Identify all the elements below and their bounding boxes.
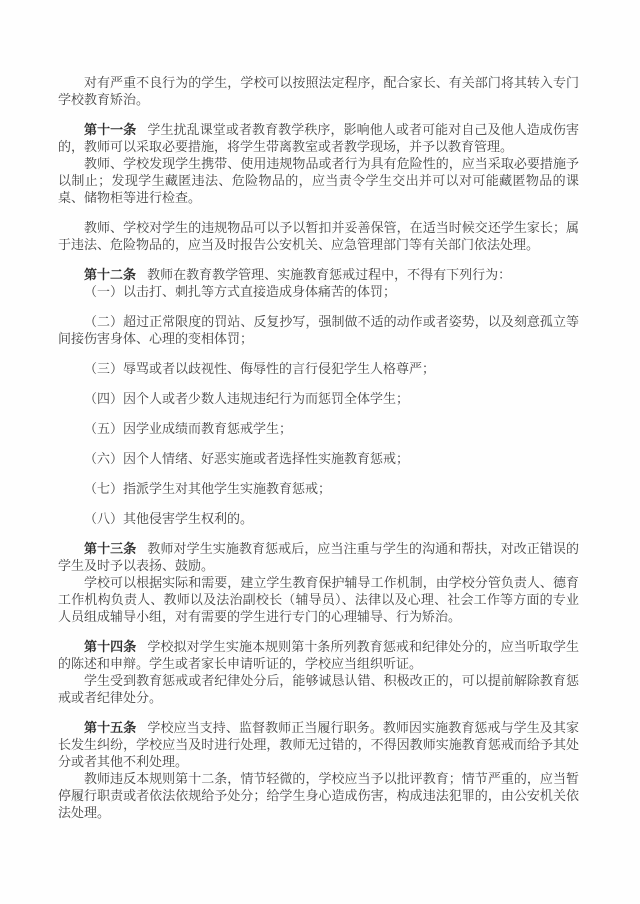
article-number: 第十三条 [84, 541, 147, 556]
paragraph-text: 学校可以根据实际和需要，建立学生教育保护辅导工作机制，由学校分管负责人、德育工作… [58, 575, 579, 624]
paragraph-text: 教师、学校对学生的违规物品可以予以暂扣并妥善保管，在适当时候交还学生家长；属于违… [58, 220, 579, 252]
paragraph-text: （三）辱骂或者以歧视性、侮辱性的言行侵犯学生人格尊严； [84, 361, 435, 376]
paragraph: 学生受到教育惩戒或者纪律处分后，能够诚恳认错、积极改正的，可以提前解除教育惩戒或… [58, 672, 579, 706]
paragraph-text: （五）因学业成绩而教育惩戒学生； [84, 421, 292, 436]
paragraph: （三）辱骂或者以歧视性、侮辱性的言行侵犯学生人格尊严； [58, 360, 579, 377]
article-paragraph: 第十四条学校拟对学生实施本规则第十条所列教育惩戒和纪律处分的，应当听取学生的陈述… [58, 638, 579, 672]
paragraph-text: 教师在教育教学管理、实施教育惩戒过程中，不得有下列行为： [147, 267, 511, 282]
paragraph: 教师、学校对学生的违规物品可以予以暂扣并妥善保管，在适当时候交还学生家长；属于违… [58, 219, 579, 253]
paragraph-text: 学生受到教育惩戒或者纪律处分后，能够诚恳认错、积极改正的，可以提前解除教育惩戒或… [58, 673, 579, 705]
paragraph-text: （六）因个人情绪、好恶实施或者选择性实施教育惩戒； [84, 451, 409, 466]
article-paragraph: 第十一条学生扰乱课堂或者教育教学秩序，影响他人或者可能对自己及他人造成伤害的，教… [58, 121, 579, 155]
article-paragraph: 第十五条学校应当支持、监督教师正当履行职务。教师因实施教育惩戒与学生及其家长发生… [58, 719, 579, 770]
article-number: 第十二条 [84, 267, 147, 282]
paragraph-text: 教师、学校发现学生携带、使用违规物品或者行为具有危险性的，应当采取必要措施予以制… [58, 156, 579, 205]
paragraph: （八）其他侵害学生权利的。 [58, 510, 579, 527]
document-page: 对有严重不良行为的学生，学校可以按照法定程序，配合家长、有关部门将其转入专门学校… [0, 0, 640, 904]
paragraph: （四）因个人或者少数人违规违纪行为而惩罚全体学生； [58, 390, 579, 407]
document-body: 对有严重不良行为的学生，学校可以按照法定程序，配合家长、有关部门将其转入专门学校… [58, 74, 579, 821]
paragraph-text: （二）超过正常限度的罚站、反复抄写，强制做不适的动作或者姿势，以及刻意孤立等间接… [58, 314, 579, 346]
paragraph: （五）因学业成绩而教育惩戒学生； [58, 420, 579, 437]
paragraph-text: （七）指派学生对其他学生实施教育惩戒； [84, 481, 331, 496]
paragraph: （二）超过正常限度的罚站、反复抄写，强制做不适的动作或者姿势，以及刻意孤立等间接… [58, 313, 579, 347]
article-number: 第十五条 [84, 720, 147, 735]
paragraph-text: （一）以击打、刺扎等方式直接造成身体痛苦的体罚； [84, 284, 396, 299]
paragraph: 学校可以根据实际和需要，建立学生教育保护辅导工作机制，由学校分管负责人、德育工作… [58, 574, 579, 625]
paragraph-text: （四）因个人或者少数人违规违纪行为而惩罚全体学生； [84, 391, 409, 406]
paragraph: （六）因个人情绪、好恶实施或者选择性实施教育惩戒； [58, 450, 579, 467]
paragraph-text: 对有严重不良行为的学生，学校可以按照法定程序，配合家长、有关部门将其转入专门学校… [58, 75, 579, 107]
article-paragraph: 第十三条教师对学生实施教育惩戒后，应当注重与学生的沟通和帮扶，对改正错误的学生及… [58, 540, 579, 574]
paragraph: 对有严重不良行为的学生，学校可以按照法定程序，配合家长、有关部门将其转入专门学校… [58, 74, 579, 108]
article-number: 第十四条 [84, 639, 147, 654]
article-number: 第十一条 [84, 122, 147, 137]
paragraph-text: 教师违反本规则第十二条，情节轻微的，学校应当予以批评教育；情节严重的，应当暂停履… [58, 771, 579, 820]
paragraph-text: （八）其他侵害学生权利的。 [84, 511, 253, 526]
article-paragraph: 第十二条教师在教育教学管理、实施教育惩戒过程中，不得有下列行为： [58, 266, 579, 283]
paragraph: （一）以击打、刺扎等方式直接造成身体痛苦的体罚； [58, 283, 579, 300]
paragraph: （七）指派学生对其他学生实施教育惩戒； [58, 480, 579, 497]
paragraph: 教师、学校发现学生携带、使用违规物品或者行为具有危险性的，应当采取必要措施予以制… [58, 155, 579, 206]
paragraph: 教师违反本规则第十二条，情节轻微的，学校应当予以批评教育；情节严重的，应当暂停履… [58, 770, 579, 821]
